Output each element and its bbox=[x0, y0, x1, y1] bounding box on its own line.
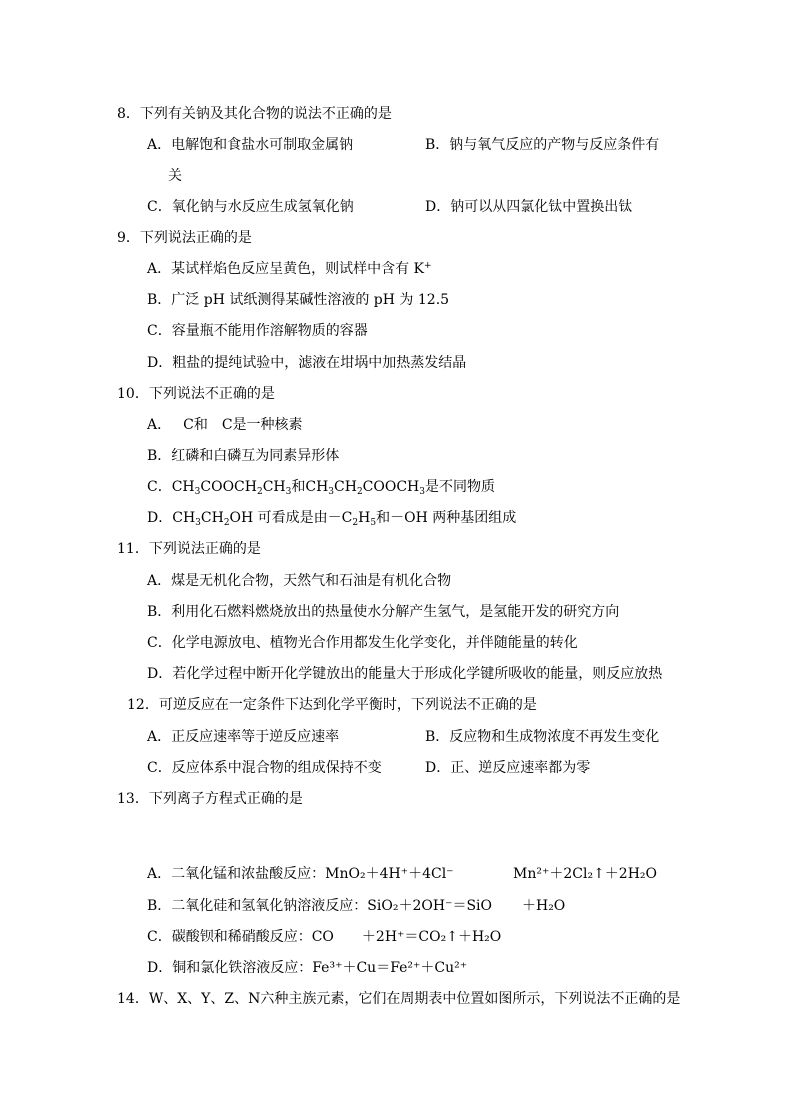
equation-part-1: SiO₂＋2OH⁻＝SiO bbox=[367, 898, 492, 914]
equation-part-2: ＋2H⁺＝CO₂↑＋H₂O bbox=[362, 929, 501, 945]
question-11-option-d: D．若化学过程中断开化学键放出的能量大于形成化学键所吸收的能量，则反应放热 bbox=[147, 665, 662, 683]
equation: Fe³⁺＋Cu＝Fe²⁺＋Cu²⁺ bbox=[312, 960, 467, 976]
question-12-option-d: D．正、逆反应速率都为零 bbox=[425, 759, 590, 777]
question-8-option-b-continued: 关 bbox=[168, 167, 182, 185]
question-13-option-c: C．碳酸钡和稀硝酸反应：CO＋2H⁺＝CO₂↑＋H₂O bbox=[147, 928, 501, 946]
isotope-1: C和 bbox=[183, 417, 208, 433]
question-10-stem: 10．下列说法不正确的是 bbox=[117, 385, 275, 403]
question-8-stem: 8．下列有关钠及其化合物的说法不正确的是 bbox=[117, 105, 392, 123]
question-10-option-d: D．CH3CH2OH 可看成是由－C2H5和－OH 两种基团组成 bbox=[147, 509, 516, 527]
question-8-option-b: B．钠与氧气反应的产物与反应条件有 bbox=[425, 136, 659, 154]
question-13-option-d: D．铜和氯化铁溶液反应：Fe³⁺＋Cu＝Fe²⁺＋Cu²⁺ bbox=[147, 959, 467, 977]
question-9-stem: 9．下列说法正确的是 bbox=[117, 229, 252, 247]
option-a-text: A．某试样焰色反应呈黄色，则试样中含有 K bbox=[147, 261, 424, 277]
equation-part-1: CO bbox=[312, 929, 334, 945]
question-11-option-b: B．利用化石燃料燃烧放出的热量使水分解产生氢气，是氢能开发的研究方向 bbox=[147, 603, 619, 621]
option-label: D． bbox=[147, 510, 172, 526]
isotope-2: C是一种核素 bbox=[222, 417, 303, 433]
option-text-end: 和－OH 两种基团组成 bbox=[376, 510, 516, 526]
question-12-option-a: A．正反应速率等于逆反应速率 bbox=[147, 728, 339, 746]
question-9-option-c: C．容量瓶不能用作溶解物质的容器 bbox=[147, 322, 368, 340]
question-11-stem: 11．下列说法正确的是 bbox=[117, 540, 261, 558]
option-label: A．二氧化锰和浓盐酸反应： bbox=[147, 866, 325, 882]
formula-2: CH3CH2COOCH3 bbox=[305, 479, 425, 495]
question-12-option-b: B．反应物和生成物浓度不再发生变化 bbox=[425, 728, 659, 746]
equation-lhs: MnO₂＋4H⁺＋4Cl⁻ bbox=[325, 866, 453, 882]
option-a-superscript: + bbox=[424, 261, 432, 271]
question-11-option-a: A．煤是无机化合物，天然气和石油是有机化合物 bbox=[147, 572, 451, 590]
option-label: D．铜和氯化铁溶液反应： bbox=[147, 960, 312, 976]
question-10-option-c: C．CH3COOCH2CH3和CH3CH2COOCH3是不同物质 bbox=[147, 478, 495, 496]
question-9-option-a: A．某试样焰色反应呈黄色，则试样中含有 K+ bbox=[147, 260, 432, 278]
question-8-option-d: D．钠可以从四氯化钛中置换出钛 bbox=[425, 198, 632, 216]
question-13-option-b: B．二氧化硅和氢氧化钠溶液反应：SiO₂＋2OH⁻＝SiO＋H₂O bbox=[147, 897, 565, 915]
question-12-stem: 12．可逆反应在一定条件下达到化学平衡时，下列说法不正确的是 bbox=[127, 696, 537, 714]
option-label: A． bbox=[147, 417, 171, 433]
question-12-option-c: C．反应体系中混合物的组成保持不变 bbox=[147, 759, 382, 777]
question-9-option-b: B．广泛 pH 试纸测得某碱性溶液的 pH 为 12.5 bbox=[147, 291, 449, 309]
option-label: C．碳酸钡和稀硝酸反应： bbox=[147, 929, 312, 945]
question-14-stem: 14．W、X、Y、Z、N六种主族元素，它们在周期表中位置如图所示，下列说法不正确… bbox=[117, 990, 680, 1008]
question-10-option-b: B．红磷和白磷互为同素异形体 bbox=[147, 447, 339, 465]
question-8-option-c: C．氧化钠与水反应生成氢氧化钠 bbox=[147, 198, 354, 216]
question-13-option-a: A．二氧化锰和浓盐酸反应：MnO₂＋4H⁺＋4Cl⁻ bbox=[147, 865, 454, 883]
option-text: 可看成是由－C bbox=[253, 510, 352, 526]
option-text: 是不同物质 bbox=[425, 479, 495, 495]
question-13-option-a-rhs: Mn²⁺＋2Cl₂↑＋2H₂O bbox=[513, 865, 657, 883]
question-9-option-d: D．粗盐的提纯试验中，滤液在坩埚中加热蒸发结晶 bbox=[147, 354, 466, 372]
question-8-option-a: A．电解饱和食盐水可制取金属钠 bbox=[147, 136, 353, 154]
formula-ethanol: CH3CH2OH bbox=[172, 510, 253, 526]
formula-1: CH3COOCH2CH3 bbox=[172, 479, 292, 495]
question-11-option-c: C．化学电源放电、植物光合作用都发生化学变化，并伴随能量的转化 bbox=[147, 634, 578, 652]
equation-part-2: ＋H₂O bbox=[522, 898, 565, 914]
question-10-option-a: A．C和C是一种核素 bbox=[147, 416, 303, 434]
option-label: C． bbox=[147, 479, 172, 495]
connector: 和 bbox=[291, 479, 305, 495]
question-13-stem: 13．下列离子方程式正确的是 bbox=[117, 790, 303, 808]
option-label: B．二氧化硅和氢氧化钠溶液反应： bbox=[147, 898, 367, 914]
